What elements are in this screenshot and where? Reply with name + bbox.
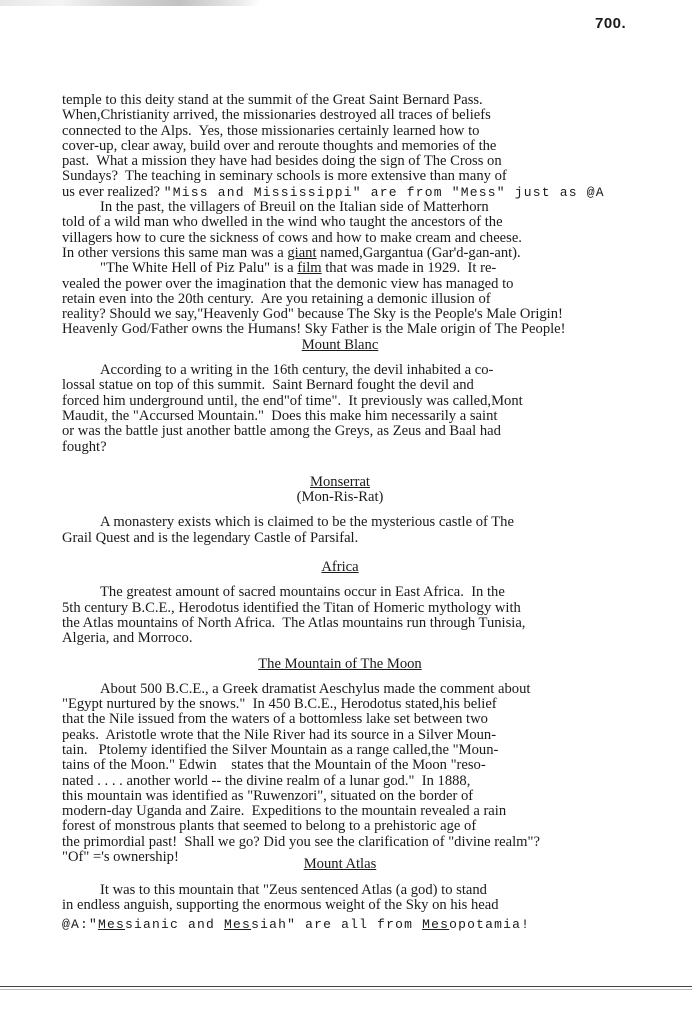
section-heading-mount-blanc: Mount Blanc [62,338,618,353]
text-line: connected to the Alps. Yes, those missio… [62,124,682,139]
text-fragment: opotamia! [449,917,530,932]
text-line: past. What a mission they have had besid… [62,154,682,169]
mount-atlas-paragraph: It was to this mountain that "Zeus sente… [62,883,682,914]
text-line: in endless anguish, supporting the enorm… [62,898,682,913]
piz-palu-paragraph: "The White Hell of Piz Palu" is a film t… [62,261,682,337]
text-line: nated . . . . another world -- the divin… [62,774,682,789]
text-line: modern-day Uganda and Zaire. Expeditions… [62,804,682,819]
text-line: Algeria, and Morroco. [62,631,682,646]
spacer [62,455,682,475]
text-fragment: named,Gargantua (Gar'd-gan-ant). [317,245,521,261]
text-line: 5th century B.C.E., Herodotus identified… [62,601,682,616]
section-subheading: (Mon-Ris-Rat) [62,490,618,505]
text-line: forced him underground until, the end"of… [62,394,682,409]
text-line: "Egypt nurtured by the snows." In 450 B.… [62,697,682,712]
text-fragment: siah" are all from [251,917,422,932]
monserrat-paragraph: A monastery exists which is claimed to b… [62,515,682,546]
underlined-word: Mes [98,917,125,932]
text-line: A monastery exists which is claimed to b… [62,515,682,530]
page-bottom-rule [0,986,692,987]
text-line: In other versions this same man was a gi… [62,246,682,261]
underlined-word: Mes [422,917,449,932]
section-heading-africa: Africa [62,560,618,575]
text-line: the primordial past! Shall we go? Did yo… [62,835,682,850]
africa-paragraph: The greatest amount of sacred mountains … [62,585,682,646]
spacer [62,546,682,560]
text-line: lossal statue on top of this summit. Sai… [62,378,682,393]
text-line: forest of monstrous plants that seemed t… [62,819,682,834]
section-heading-monserrat: Monserrat [62,475,618,490]
text-line: About 500 B.C.E., a Greek dramatist Aesc… [62,682,682,697]
text-line: Sundays? The teaching in seminary school… [62,169,682,184]
text-fragment: In other versions this same man was a [62,245,287,261]
text-fragment: that was made in 1929. It re- [322,260,497,276]
text-line: or was the battle just another battle am… [62,424,682,439]
mountain-of-the-moon-paragraph: About 500 B.C.E., a Greek dramatist Aesc… [62,682,682,866]
text-line: this mountain was identified as "Ruwenzo… [62,789,682,804]
text-fragment: "The White Hell of Piz Palu" is a [100,260,297,276]
document-body: temple to this deity stand at the summit… [62,93,682,933]
text-line: In the past, the villagers of Breuil on … [62,200,682,215]
text-line: vealed the power over the imagination th… [62,277,682,292]
text-line: us ever realized? "Miss and Mississippi"… [62,185,682,200]
text-line: fought? [62,440,682,455]
text-line: Grail Quest and is the legendary Castle … [62,531,682,546]
text-line: retain even into the 20th century. Are y… [62,292,682,307]
text-line: The greatest amount of sacred mountains … [62,585,682,600]
mount-blanc-paragraph: According to a writing in the 16th centu… [62,363,682,455]
text-line: that the Nile issued from the waters of … [62,712,682,727]
text-line: tain. Ptolemy identified the Silver Moun… [62,743,682,758]
text-line: temple to this deity stand at the summit… [62,93,682,108]
text-line: Heavenly God/Father owns the Humans! Sky… [62,322,682,337]
scan-artifact [0,0,692,6]
text-line: When,Christianity arrived, the missionar… [62,108,682,123]
page-bottom-rule-shadow [0,989,692,990]
text-line: villagers how to cure the sickness of co… [62,231,682,246]
text-line: It was to this mountain that "Zeus sente… [62,883,682,898]
text-line: the Atlas mountains of North Africa. The… [62,616,682,631]
text-line: According to a writing in the 16th centu… [62,363,682,378]
text-line: reality? Should we say,"Heavenly God" be… [62,307,682,322]
matterhorn-paragraph: In the past, the villagers of Breuil on … [62,200,682,261]
text-line: told of a wild man who dwelled in the wi… [62,215,682,230]
text-line: peaks. Aristotle wrote that the Nile Riv… [62,728,682,743]
spacer [62,647,682,657]
typed-insert: "Miss and Mississippi" are from "Mess" j… [164,185,605,200]
intro-paragraph: temple to this deity stand at the summit… [62,93,682,200]
footnote: @A:"Messianic and Messiah" are all from … [62,917,682,932]
text-fragment: us ever realized? [62,184,160,200]
text-line: "The White Hell of Piz Palu" is a film t… [62,261,682,276]
text-fragment: sianic and [125,917,224,932]
page-number: 700. [595,15,626,32]
underlined-word: giant [287,245,316,261]
underlined-word: Mes [224,917,251,932]
text-line: tains of the Moon." Edwin states that th… [62,758,682,773]
text-line: Maudit, the "Accursed Mountain." Does th… [62,409,682,424]
text-fragment: @A:" [62,917,98,932]
section-heading-mountain-of-the-moon: The Mountain of The Moon [62,657,618,672]
underlined-word: film [297,260,321,276]
text-line: cover-up, clear away, build over and rer… [62,139,682,154]
